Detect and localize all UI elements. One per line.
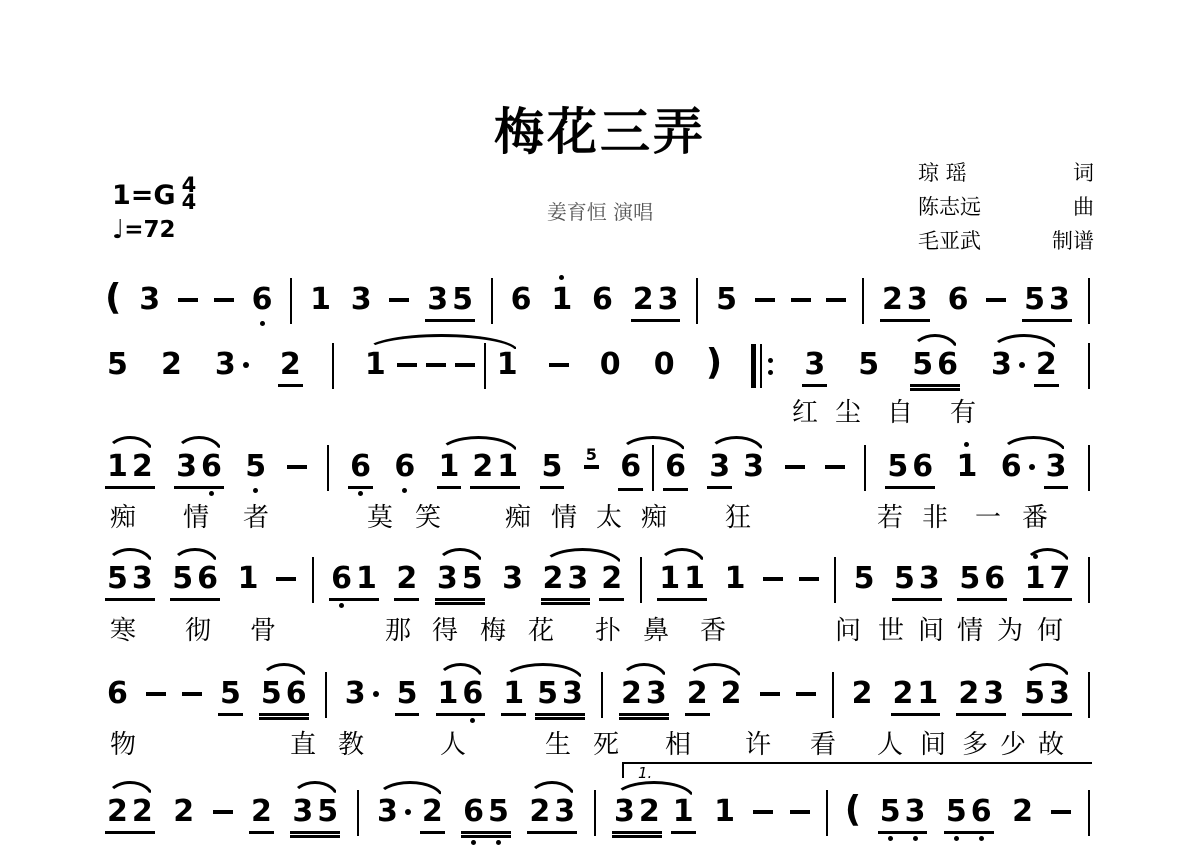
music-line-6: 2222353265233211(53562 — [105, 795, 1090, 836]
note: 2 — [1010, 795, 1035, 829]
note: 36 — [174, 450, 224, 489]
slur-group: 17 — [1023, 562, 1073, 601]
note-digit: 1 — [236, 562, 261, 596]
note: 6 — [509, 283, 534, 317]
lyric-char: 教 — [338, 724, 364, 761]
lyric-char: 香 — [700, 610, 726, 647]
note-digit: 6 — [935, 348, 960, 382]
barline — [864, 445, 866, 491]
duration-dash — [791, 298, 811, 302]
slur-group: 32 — [375, 795, 445, 834]
barline — [834, 557, 836, 603]
barline — [484, 343, 486, 389]
note: 53 — [105, 562, 155, 601]
augmentation-dot — [243, 362, 249, 368]
note: 1 — [712, 795, 737, 829]
octave-dot-high — [1033, 554, 1038, 559]
note-digit: 3 — [565, 562, 590, 596]
lyric-char: 看 — [810, 724, 836, 761]
note-digit: 2 — [685, 677, 710, 711]
note-digit: 6 — [618, 450, 643, 486]
lyric-char: 多 — [962, 724, 988, 761]
note: 6 — [946, 283, 971, 317]
note: 56 — [957, 562, 1007, 601]
octave-dot-low — [253, 488, 258, 493]
note-digit: 3 — [375, 795, 400, 834]
note-digit: 5 — [105, 348, 130, 382]
lyric-char: 间 — [918, 610, 944, 647]
lyric-char: 自 — [887, 392, 913, 429]
note-digit: 6 — [982, 562, 1007, 596]
note-digit: 2 — [394, 562, 419, 596]
note-digit: 2 — [599, 562, 624, 596]
duration-dash — [214, 298, 234, 302]
octave-dot-low — [470, 718, 475, 723]
note: 5 — [395, 677, 420, 716]
note: 23 — [527, 795, 577, 834]
parenthesis: ( — [845, 792, 861, 828]
note-digit: 2 — [880, 283, 905, 317]
repeat-thin-bar — [760, 344, 762, 388]
duration-dash — [178, 298, 198, 302]
note-digit: 3 — [903, 795, 928, 829]
credit-role: 制谱 — [1052, 224, 1094, 258]
slur-group: 16 — [436, 677, 486, 716]
note: 53 — [892, 562, 942, 601]
note-digit: 2 — [130, 450, 155, 484]
note: 3 — [137, 283, 162, 317]
lyric-char: 痴 — [110, 497, 136, 534]
lyric-char: 尘 — [835, 392, 861, 429]
note: 5 — [105, 348, 130, 382]
barline — [594, 790, 596, 836]
note-group: 3 — [213, 348, 249, 382]
augmentation-dot — [1029, 464, 1035, 470]
note-digit: 5 — [450, 283, 475, 317]
note-digit: 5 — [460, 562, 485, 596]
note-digit: 1 — [712, 795, 737, 829]
note-digit: 6 — [461, 795, 486, 829]
lyric-char: 死 — [593, 724, 619, 761]
note-digit: 6 — [460, 677, 485, 711]
octave-dot-low — [260, 321, 265, 326]
note-digit: 2 — [637, 795, 662, 829]
lyric-char: 直 — [290, 724, 316, 761]
note-digit: 1 — [308, 283, 333, 317]
note-digit: 5 — [486, 795, 511, 829]
lyric-char: 许 — [745, 724, 771, 761]
slur-group: 56 — [910, 348, 960, 387]
lyric-char: 狂 — [725, 497, 751, 534]
note: 3 — [375, 795, 400, 834]
note-digit: 1 — [1023, 562, 1048, 596]
lyric-char: 痴 — [505, 497, 531, 534]
note: 3 — [349, 283, 374, 317]
note-digit: 0 — [652, 348, 677, 382]
note-digit: 6 — [329, 562, 354, 596]
note-digit: 5 — [852, 562, 877, 596]
lyric-char: 红 — [792, 392, 818, 429]
slur-group: 56 — [259, 677, 309, 716]
note-digit: 3 — [1044, 450, 1069, 484]
note-digit: 5 — [535, 677, 560, 711]
note-digit: 3 — [435, 562, 460, 596]
note: 3 — [213, 348, 238, 382]
lyric-char: 生 — [545, 724, 571, 761]
note: 1 — [501, 677, 526, 716]
note: 5 — [218, 677, 243, 716]
lyric-char: 太 — [596, 497, 622, 534]
note: 5 — [714, 283, 739, 317]
note: 11 — [657, 562, 707, 601]
octave-dot-low — [358, 491, 363, 496]
parenthesis: ( — [105, 280, 121, 316]
duration-dash — [287, 465, 307, 469]
note-digit: 5 — [218, 677, 243, 711]
note: 21 — [891, 677, 941, 716]
note-digit: 5 — [1022, 283, 1047, 317]
note: 2 — [159, 348, 184, 382]
duration-dash — [182, 692, 202, 696]
barline — [696, 278, 698, 324]
slur-group: 23 — [619, 677, 669, 716]
sheet-music-page: 梅花三弄 1=G 4 4 ♩ =72 姜育恒 演唱 琼 瑶词陈志远曲毛亚武制谱 … — [0, 0, 1200, 850]
barline — [357, 790, 359, 836]
duration-dash — [1051, 810, 1071, 814]
octave-dot-low — [209, 491, 214, 496]
note-digit: 6 — [999, 450, 1024, 489]
note-digit: 3 — [612, 795, 637, 829]
lyric-char: 情 — [957, 610, 983, 647]
slur-group: 53 — [1022, 677, 1072, 716]
note: 61 — [329, 562, 379, 601]
note: 5 — [243, 450, 268, 484]
octave-dot-low — [979, 836, 984, 841]
note-digit: 3 — [644, 677, 669, 711]
note-digit: 1 — [723, 562, 748, 596]
note-digit: 5 — [910, 348, 935, 382]
note: 2 — [420, 795, 445, 834]
barline — [332, 343, 334, 389]
note: 56 — [170, 562, 220, 601]
lyric-char: 情 — [551, 497, 577, 534]
note-digit: 3 — [802, 348, 827, 382]
note: 3 — [741, 450, 766, 489]
slur-group: 321 — [612, 795, 696, 834]
note: 2 — [249, 795, 274, 834]
note-digit: 3 — [741, 450, 766, 489]
slur-group: 63 — [999, 450, 1069, 489]
note: 2 — [719, 677, 744, 716]
note-digit: 6 — [590, 283, 615, 317]
music-line-3: 123656612155663356163 — [105, 450, 1090, 491]
barline — [826, 790, 828, 836]
note-digit: 2 — [278, 348, 303, 382]
octave-dot-low — [913, 836, 918, 841]
note-digit: 3 — [343, 677, 368, 711]
octave-dot-high — [559, 275, 564, 280]
note-digit: 3 — [1047, 283, 1072, 317]
note-digit: 5 — [878, 795, 903, 829]
note-digit: 3 — [130, 562, 155, 596]
note: 23 — [631, 283, 681, 322]
lyrics-line-4: 寒彻骨那得梅花扑鼻香问世间情为何 — [0, 610, 1200, 644]
duration-dash — [763, 577, 783, 581]
note: 2 — [394, 562, 419, 601]
duration-dash — [397, 363, 417, 367]
note-digit: 5 — [540, 450, 565, 484]
note-digit: 2 — [171, 795, 196, 829]
note-digit: 5 — [259, 677, 284, 711]
lyric-char: 故 — [1038, 724, 1064, 761]
octave-dot-low — [339, 603, 344, 608]
duration-dash — [455, 363, 475, 367]
lyric-char: 花 — [528, 610, 554, 647]
note-digit: 1 — [671, 795, 696, 829]
lyric-char: 非 — [922, 497, 948, 534]
slur-group: 32 — [989, 348, 1059, 387]
duration-dash — [549, 363, 569, 367]
note: 3 — [343, 677, 368, 711]
note: 2 — [850, 677, 875, 711]
duration-dash — [799, 577, 819, 581]
note: 3 — [802, 348, 827, 387]
note-digit: 2 — [631, 283, 656, 317]
lyrics-line-3: 痴情者莫笑痴情太痴狂若非一番 — [0, 497, 1200, 531]
music-line-1: (36133561623523653 — [105, 283, 1090, 324]
slur-group: 12 — [105, 450, 155, 489]
repeat-begin-sign — [751, 344, 773, 388]
note: 22 — [105, 795, 155, 834]
lyric-char: 人 — [877, 724, 903, 761]
duration-dash — [825, 465, 845, 469]
note-digit: 2 — [470, 450, 495, 484]
note: 5 — [856, 348, 881, 382]
augmentation-dot — [405, 809, 411, 815]
note-digit: 2 — [850, 677, 875, 711]
note-digit: 6 — [250, 283, 275, 317]
note-digit: 3 — [290, 795, 315, 829]
note-digit: 3 — [656, 283, 681, 317]
slur-group: 23 — [527, 795, 577, 834]
slur-group: 22 — [105, 795, 155, 834]
lyric-char: 笑 — [415, 497, 441, 534]
credit-role: 词 — [1073, 156, 1094, 190]
note: 2 — [171, 795, 196, 829]
lyric-char: 相 — [665, 724, 691, 761]
note: 21 — [470, 450, 520, 489]
duration-dash — [146, 692, 166, 696]
credit-row: 毛亚武制谱 — [918, 224, 1094, 258]
lyric-char: 者 — [243, 497, 269, 534]
duration-dash — [785, 465, 805, 469]
barline — [1088, 557, 1090, 603]
note-digit: 3 — [989, 348, 1014, 387]
note-digit: 2 — [541, 562, 566, 596]
note-digit: 6 — [663, 450, 688, 486]
octave-dot-low — [888, 836, 893, 841]
note-digit: 6 — [910, 450, 935, 484]
barline — [640, 557, 642, 603]
note: 6 — [348, 450, 373, 489]
note-digit: 1 — [549, 283, 574, 317]
note-digit: 3 — [552, 795, 577, 829]
lyrics-line-5: 物直教人生死相许看人间多少故 — [0, 724, 1200, 758]
note-digit: 5 — [315, 795, 340, 829]
note-digit: 1 — [915, 677, 940, 711]
duration-dash — [760, 692, 780, 696]
note: 35 — [290, 795, 340, 834]
lyric-char: 痴 — [641, 497, 667, 534]
lyric-char: 问 — [835, 610, 861, 647]
note-digit: 3 — [917, 562, 942, 596]
note-digit: 1 — [955, 450, 980, 484]
note-digit: 3 — [137, 283, 162, 317]
note-digit: 2 — [619, 677, 644, 711]
note-digit: 6 — [199, 450, 224, 484]
music-line-2: 52321100)355632 — [105, 348, 1090, 389]
note: 6 — [590, 283, 615, 317]
note: 0 — [598, 348, 623, 382]
note-digit: 1 — [657, 562, 682, 596]
lyric-char: 情 — [183, 497, 209, 534]
slur-group: 11 — [657, 562, 707, 601]
note-digit: 5 — [395, 677, 420, 711]
lyric-char: 有 — [950, 392, 976, 429]
note: 3 — [989, 348, 1014, 387]
lyric-char: 为 — [997, 610, 1023, 647]
lyric-char: 彻 — [185, 610, 211, 647]
note-digit: 3 — [425, 283, 450, 317]
note: 53 — [1022, 677, 1072, 716]
duration-dash — [790, 810, 810, 814]
note: 6 — [250, 283, 275, 317]
barline — [1088, 445, 1090, 491]
note: 0 — [652, 348, 677, 382]
parenthesis: ) — [706, 345, 722, 381]
note: 1 — [363, 348, 388, 389]
lyric-char: 间 — [920, 724, 946, 761]
barline — [312, 557, 314, 603]
barline — [327, 445, 329, 491]
note: 53 — [878, 795, 928, 834]
slur-group: 53 — [105, 562, 155, 601]
note-digit: 2 — [105, 795, 130, 829]
note-digit: 7 — [1048, 562, 1073, 596]
note: 3 — [707, 450, 732, 489]
note: 56 — [944, 795, 994, 834]
note-digit: 6 — [284, 677, 309, 711]
note-digit: 5 — [892, 562, 917, 596]
repeat-thick-bar — [751, 344, 756, 388]
note-digit: 5 — [714, 283, 739, 317]
duration-dash — [986, 298, 1006, 302]
note-digit: 2 — [159, 348, 184, 382]
note-digit: 3 — [213, 348, 238, 382]
note-digit: 5 — [885, 450, 910, 484]
credit-role: 曲 — [1073, 190, 1094, 224]
note-digit: 5 — [243, 450, 268, 484]
note: 16 — [436, 677, 486, 716]
note-digit: 1 — [105, 450, 130, 484]
song-title: 梅花三弄 — [0, 92, 1200, 164]
note: 35 — [425, 283, 475, 322]
note: 56 — [259, 677, 309, 716]
music-line-4: 535616123532321115535617 — [105, 562, 1090, 603]
note: 53 — [535, 677, 585, 716]
note-group: 6 — [999, 450, 1035, 489]
barline — [652, 445, 654, 491]
barline — [491, 278, 493, 324]
barline — [1088, 278, 1090, 324]
note-digit: 1 — [495, 348, 520, 389]
barline — [1088, 672, 1090, 718]
note-digit: 6 — [195, 562, 220, 596]
note: 5 — [852, 562, 877, 596]
octave-dot-low — [496, 840, 501, 845]
note-digit: 6 — [348, 450, 373, 484]
credits-block: 琼 瑶词陈志远曲毛亚武制谱 — [918, 156, 1094, 258]
note-digit: 3 — [981, 677, 1006, 711]
note-digit: 3 — [500, 562, 525, 596]
note-digit: 6 — [105, 677, 130, 711]
barline — [1088, 343, 1090, 389]
note-group: 3 — [375, 795, 411, 834]
slur-group: 56 — [170, 562, 220, 601]
lyric-char: 物 — [110, 724, 136, 761]
note: 2 — [278, 348, 303, 387]
note: 6 — [618, 450, 643, 491]
note-digit: 2 — [420, 795, 445, 829]
note: 23 — [956, 677, 1006, 716]
lyric-char: 少 — [1000, 724, 1026, 761]
note-digit: 2 — [719, 677, 744, 716]
note-digit: 1 — [354, 562, 379, 596]
barline — [325, 672, 327, 718]
note: 1 — [549, 283, 574, 317]
note: 23 — [619, 677, 669, 716]
note: 6 — [999, 450, 1024, 489]
note-digit: 5 — [1022, 677, 1047, 711]
lyric-char: 人 — [440, 724, 466, 761]
note: 2 — [685, 677, 710, 716]
slur-group: 66 — [618, 450, 688, 491]
lyric-char: 番 — [1022, 497, 1048, 534]
note: 6 — [105, 677, 130, 711]
note: 1 — [236, 562, 261, 596]
octave-dot-low — [471, 840, 476, 845]
note-digit: 6 — [392, 450, 417, 484]
lyric-char: 得 — [432, 610, 458, 647]
duration-dash — [426, 363, 446, 367]
note-digit: 1 — [363, 348, 388, 389]
note-digit: 5 — [944, 795, 969, 829]
note: 23 — [541, 562, 591, 601]
note: 1 — [671, 795, 696, 834]
volta-label: 1. — [638, 764, 652, 782]
lyric-char: 那 — [385, 610, 411, 647]
octave-dot-low — [402, 488, 407, 493]
note: 2 — [1034, 348, 1059, 387]
music-line-5: 6556351615323222212353 — [105, 677, 1090, 718]
note-digit: 6 — [969, 795, 994, 829]
augmentation-dot — [373, 691, 379, 697]
note: 12 — [105, 450, 155, 489]
note-digit: 5 — [957, 562, 982, 596]
note-digit: 1 — [437, 450, 462, 484]
note-digit: 3 — [560, 677, 585, 711]
note: 35 — [435, 562, 485, 601]
